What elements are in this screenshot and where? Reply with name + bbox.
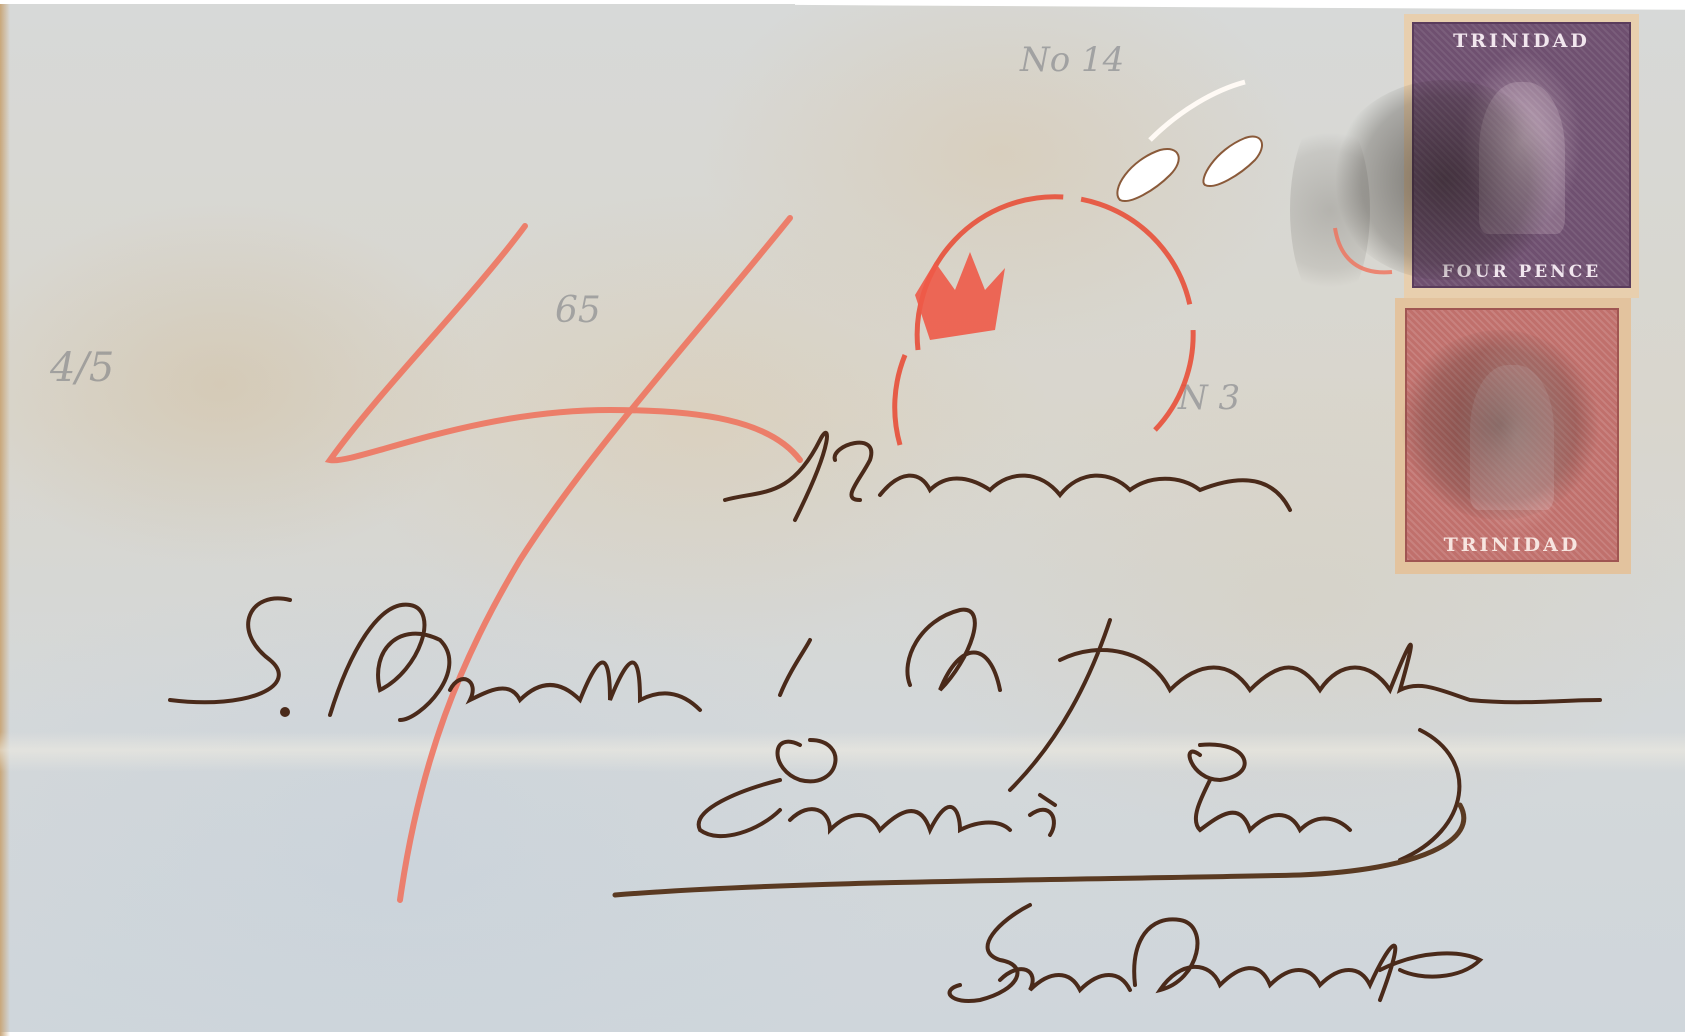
ink-town [699,730,1460,860]
ink-underline [615,805,1464,895]
handwriting-layer [0,0,1685,1032]
crown-icon [915,252,1005,340]
manuscript-rate-60 [1117,82,1262,201]
ink-country [950,905,1480,1001]
ink-addressee [170,598,1600,790]
ink-salutation [725,433,1290,520]
